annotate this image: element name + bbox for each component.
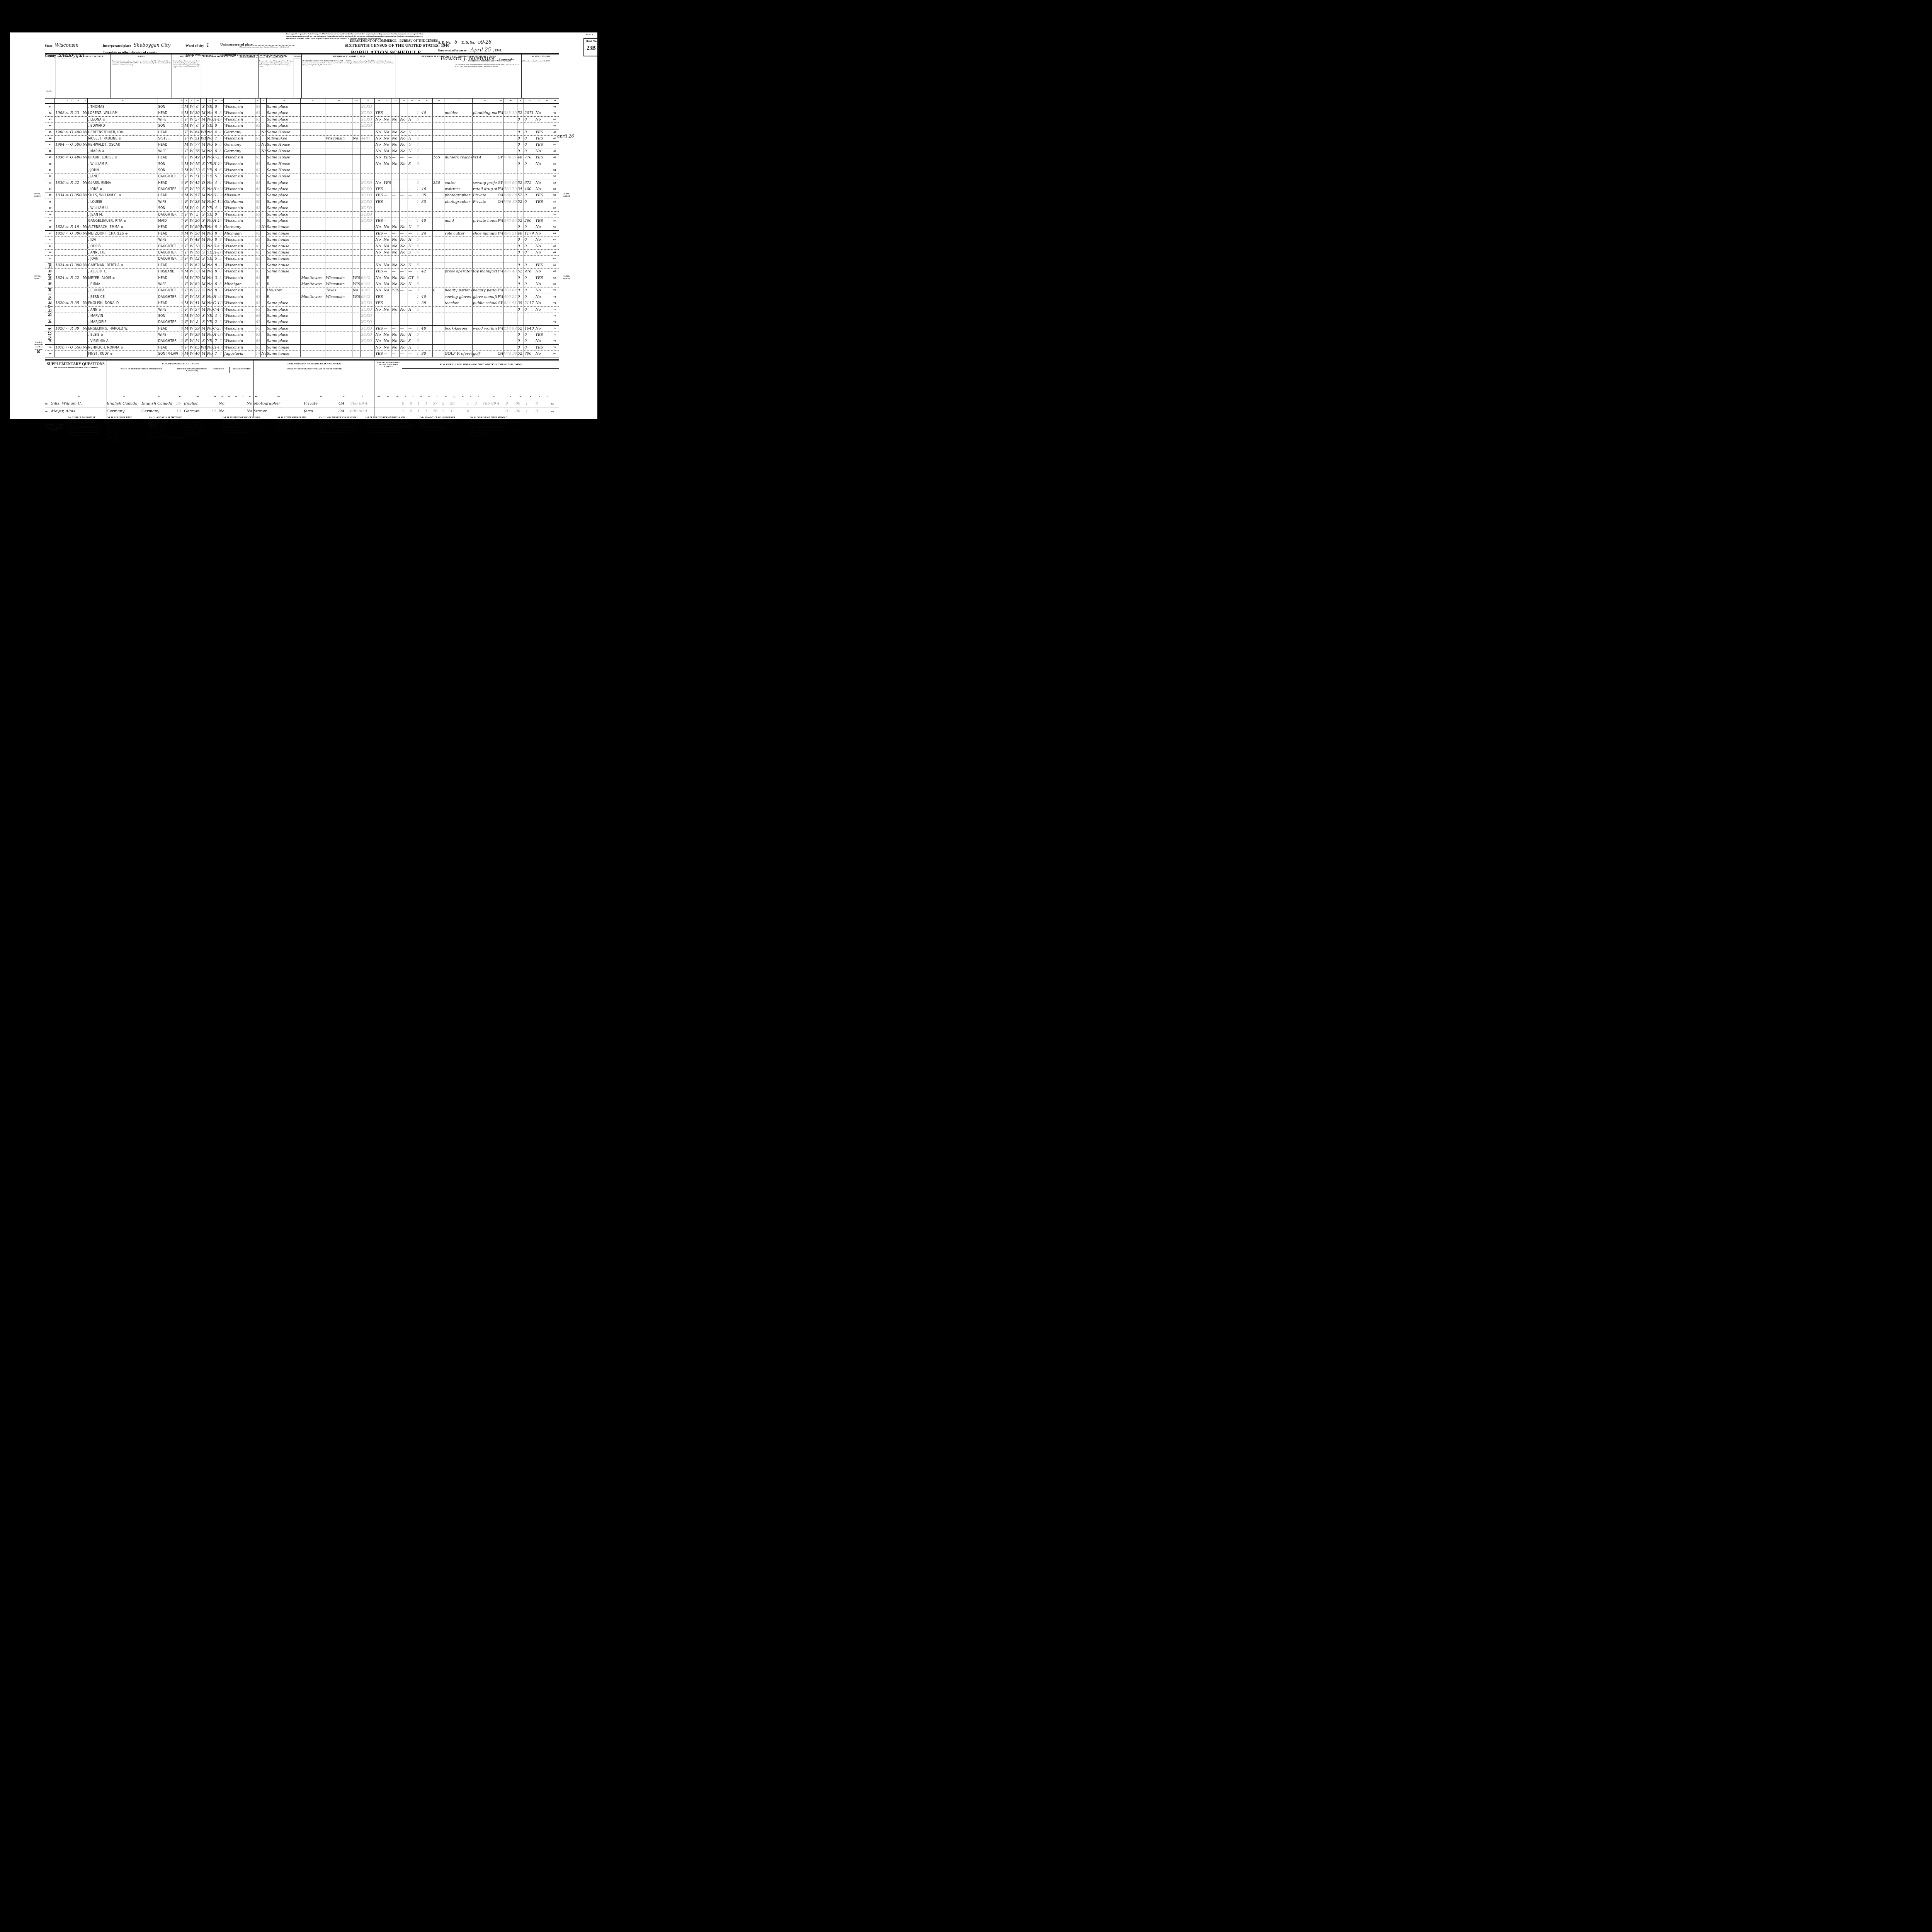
cell-d: XOXO — [360, 319, 374, 325]
cell-ms: M — [200, 262, 206, 268]
cell-b: 6 — [219, 148, 223, 154]
unincorporated-field: Unincorporated place (Name of unincorpor… — [220, 43, 295, 48]
note-col16: Col. 16. CITIZENSHIP OF THE FOREIGN BORN… — [277, 417, 315, 432]
table-row: 43, LEONA ⊗WIFE1FW27MNoH-19Wisconsin63Sa… — [45, 117, 559, 123]
cell-race: W — [189, 186, 194, 192]
cell-tenure — [69, 307, 73, 313]
cell-code — [503, 205, 517, 211]
cell-rel: DAUGHTER — [158, 256, 180, 262]
cell-res: Same place — [266, 123, 301, 129]
cell-house — [54, 256, 65, 262]
supp-column-number: 46 — [304, 394, 338, 400]
cell-visit — [65, 256, 69, 262]
cell-house — [54, 199, 65, 205]
cell-w23: — — [391, 186, 399, 192]
cell-d: XOXO — [360, 180, 374, 186]
cell-w23: No — [391, 338, 399, 344]
cell-a: 0 — [180, 275, 184, 281]
cell-wks: 0 — [517, 148, 524, 154]
cell-code — [503, 104, 517, 110]
supplementary-questions: SUPPLEMENTARY QUESTIONS For Persons Enum… — [45, 359, 559, 417]
column-number: 29 — [497, 99, 503, 103]
cell-unemp — [432, 224, 444, 230]
cell-c: 12 — [255, 142, 260, 148]
cell-w23: No — [391, 136, 399, 141]
cell-w21 — [374, 104, 383, 110]
cell-tenure — [69, 287, 73, 293]
cell-other: YES — [535, 155, 543, 160]
cell-wks: 0 — [517, 142, 524, 148]
table-row: 661824526O3000NoGARTMAN, BERTHA ⊗HEAD1FW… — [45, 262, 559, 269]
cell-w23: — — [391, 155, 399, 160]
cell-name: , MARIA ⊗ — [87, 148, 157, 154]
table-row: 41, THOMASSON2MW6SYES0Wisconsin63Same pl… — [45, 104, 559, 110]
cell-birth: Wisconsin — [223, 256, 255, 262]
cell-ind — [472, 237, 497, 243]
note-col41: Col. 41. WAR OR MILITARY SERVICE:World W… — [470, 417, 524, 437]
cell-rel: HEAD — [158, 142, 180, 148]
cell-cls — [497, 142, 503, 148]
cell-county — [300, 332, 325, 338]
cell-e: 1 — [416, 269, 420, 274]
cell-unemp — [432, 136, 444, 141]
cell-w21 — [374, 313, 383, 319]
cell-unemp — [432, 237, 444, 243]
supp-cell-lang: English — [184, 400, 211, 407]
cell-d: XOXO — [360, 117, 374, 122]
cell-visit — [65, 294, 69, 300]
line-number: 77 — [550, 332, 559, 338]
cell-c: 63 — [255, 155, 260, 160]
cell-st — [325, 300, 352, 306]
cell-ind — [472, 275, 497, 281]
cell-county — [300, 117, 325, 122]
cell-d: XOXO — [360, 338, 374, 344]
cell-ff — [543, 307, 550, 313]
cell-c: 63 — [255, 332, 260, 338]
cell-wks: 0 — [517, 281, 524, 287]
cell-st — [325, 250, 352, 255]
cell-st — [325, 117, 352, 122]
cell-rel: WIFE — [158, 117, 180, 122]
cell-name: , IDA — [87, 237, 157, 243]
cell-e — [416, 205, 420, 211]
cell-farm — [82, 250, 87, 255]
cell-wks: 52 — [517, 218, 524, 224]
cell-hrs — [421, 142, 432, 148]
cell-occ — [444, 136, 472, 141]
cell-other: YES — [535, 275, 543, 281]
cell-sch: No — [206, 148, 213, 154]
supp-column-number: M — [417, 394, 425, 400]
cell-a: 2 — [180, 243, 184, 249]
cell-farm35 — [352, 205, 360, 211]
cell-grade: C-4 — [213, 307, 219, 313]
cell-grade: H-4 — [213, 332, 219, 338]
table-row: 451908519O4000NoHERTENSTEINER, IDAHEADFW… — [45, 129, 559, 136]
cell-hrs — [421, 148, 432, 154]
cell-st: Wisconsin — [325, 136, 352, 141]
cell-st — [325, 129, 352, 135]
note-col10: Col. 10. COLOR OR RACE:White — WNegro — … — [107, 417, 145, 442]
cell-name: , BERNICE — [87, 294, 157, 300]
line-number: 42 — [550, 110, 559, 116]
cell-sch: No — [206, 155, 213, 160]
cell-wks — [517, 319, 524, 325]
cell-w21: No — [374, 338, 383, 344]
table-row: 611828525O3000NoMETZDORF, CHARLES ⊗HEAD0… — [45, 231, 559, 237]
cell-w22: No — [383, 338, 391, 344]
cell-cls: PW — [497, 326, 503, 332]
cell-res: R — [266, 294, 301, 300]
cell-c: 63 — [255, 117, 260, 122]
cell-res: Same place — [266, 319, 301, 325]
cell-ms: S — [200, 173, 206, 179]
cell-county — [300, 313, 325, 319]
cell-age: 64 — [194, 129, 200, 135]
cell-value: 35 — [74, 300, 82, 306]
cell-sex: F — [184, 250, 188, 255]
cell-value — [74, 294, 82, 300]
cell-tenure — [69, 351, 73, 357]
cell-age: 73 — [194, 269, 200, 274]
cell-w25: H — [408, 243, 416, 249]
cell-age: 62 — [194, 262, 200, 268]
column-number: 14 — [219, 99, 224, 103]
supp-cell-k: 1 — [402, 408, 410, 415]
cell-ff — [543, 269, 550, 274]
cell-e — [416, 167, 420, 173]
cell-c: 63 — [255, 256, 260, 262]
cell-grade: H-4 — [213, 186, 219, 192]
cell-w22 — [383, 123, 391, 129]
line-number: 56 — [550, 199, 559, 205]
cell-w24: — — [399, 180, 407, 186]
cell-ff — [543, 300, 550, 306]
cell-other: YES — [535, 192, 543, 198]
cell-b: 3 — [219, 275, 223, 281]
cell-cls — [497, 117, 503, 122]
continued-check-note: Check if household cont'd on next page☒ — [33, 342, 44, 353]
cell-d: XOXO — [360, 300, 374, 306]
cell-c: 63 — [255, 123, 260, 129]
cell-unemp — [432, 173, 444, 179]
cell-cit — [260, 281, 266, 287]
cell-a: 2 — [180, 104, 184, 110]
cell-w23: — — [391, 180, 399, 186]
cell-code — [503, 148, 517, 154]
supp-cell-father: English Canada — [107, 400, 141, 407]
supp-cell-father: Germany — [107, 408, 141, 415]
cell-cit — [260, 300, 266, 306]
cell-st — [325, 345, 352, 350]
cell-age: 77 — [194, 142, 200, 148]
cell-w24: — — [399, 231, 407, 236]
cell-sch: YES — [206, 167, 213, 173]
cell-a: 0 — [180, 326, 184, 332]
table-row: 69, EMMAWIFE1FW62MNo66Michigan62RManitow… — [45, 281, 559, 287]
cell-name: NEHRLICH, NORMA ⊗ — [87, 345, 157, 350]
cell-age: 48 — [194, 237, 200, 243]
line-number: 80 — [45, 351, 54, 357]
ward-value: 1 — [205, 43, 216, 48]
cell-county — [300, 237, 325, 243]
cell-c: 62 — [255, 231, 260, 236]
cell-a: 0 — [180, 300, 184, 306]
cell-e: 1 — [416, 231, 420, 236]
cell-grade: C-2 — [213, 155, 219, 160]
cell-cls — [497, 129, 503, 135]
cell-wage — [524, 123, 534, 129]
cell-wks — [517, 123, 524, 129]
cell-rel: SON IN-LAW — [158, 351, 180, 357]
cell-d: XOXO — [360, 186, 374, 192]
supp-cell-cls: OA — [338, 408, 350, 415]
cell-visit — [65, 212, 69, 218]
cell-e: 1 — [416, 110, 420, 116]
cell-occ — [444, 345, 472, 350]
cell-w24: No — [399, 281, 407, 287]
cell-sex: M — [184, 192, 188, 198]
cell-farm35 — [352, 218, 360, 224]
cell-cls — [497, 338, 503, 344]
cell-w25 — [408, 104, 416, 110]
cell-unemp — [432, 332, 444, 338]
cell-w23 — [391, 205, 399, 211]
cell-ff — [543, 117, 550, 122]
cell-wks: 34 — [517, 186, 524, 192]
line-number: 50 — [550, 161, 559, 167]
cell-sex: F — [184, 281, 188, 287]
cell-race: W — [189, 142, 194, 148]
population-table: Line No. LOCATION HOUSEHOLD DATA NAMENam… — [45, 53, 559, 357]
cell-w22 — [383, 212, 391, 218]
cell-ind — [472, 281, 497, 287]
cell-w23: — — [391, 269, 399, 274]
cell-occ: book-keeper — [444, 326, 472, 332]
cell-a — [180, 129, 184, 135]
supp-cell-x: 1 — [526, 400, 536, 407]
cell-ms: M — [200, 300, 206, 306]
cell-res: Same house — [266, 224, 301, 230]
supp-cell-h: 12 — [211, 408, 219, 415]
cell-hrs: 40 — [421, 326, 432, 332]
cell-name: , ALBERT C. — [87, 269, 157, 274]
cell-cit — [260, 262, 266, 268]
cell-e: 6 — [416, 250, 420, 255]
cell-c: 63 — [255, 262, 260, 268]
cell-hrs — [421, 136, 432, 141]
cell-hrs: 35 — [421, 192, 432, 198]
cell-rel: DAUGHTER — [158, 250, 180, 255]
table-row: 51, JOHNSON2MW13SYES66Wisconsin63Same Ho… — [45, 167, 559, 173]
cell-cls: OA — [497, 199, 503, 205]
cell-hrs — [421, 332, 432, 338]
cell-w21: YES — [374, 351, 383, 357]
cell-e — [416, 173, 420, 179]
cell-sch: No — [206, 326, 213, 332]
cell-value: 3000 — [74, 262, 82, 268]
cell-visit — [65, 199, 69, 205]
supp-cell-name: Sills, William C. — [51, 400, 107, 407]
cell-w21: No — [374, 155, 383, 160]
cell-c: 63 — [255, 338, 260, 344]
cell-rel: HEAD — [158, 180, 180, 186]
cell-grade: H-4 — [213, 345, 219, 350]
cell-w25: — — [408, 155, 416, 160]
cell-res: Same place — [266, 307, 301, 313]
cell-d: XOXO — [360, 212, 374, 218]
cell-name: GANGELBAUER, RITA ⊗ — [87, 218, 157, 224]
cell-other — [535, 167, 543, 173]
cell-sex: F — [184, 186, 188, 192]
cell-w21 — [374, 123, 383, 129]
cell-c: 63 — [255, 313, 260, 319]
cell-rel: MAID — [158, 218, 180, 224]
cell-grade: 4 — [213, 313, 219, 319]
cell-grade: 6 — [213, 281, 219, 287]
cell-county — [300, 123, 325, 129]
cell-visit — [65, 117, 69, 122]
cell-race: W — [189, 307, 194, 313]
cell-county — [300, 231, 325, 236]
cell-farm35 — [352, 117, 360, 122]
cell-race: W — [189, 218, 194, 224]
cell-a: 1 — [180, 199, 184, 205]
cell-rel: SON — [158, 123, 180, 129]
supp-column-number: 39 — [219, 394, 226, 400]
table-row: 62, IDAWIFE1FW48MNo88Wisconsin63Same hou… — [45, 237, 559, 243]
cell-res: Same house — [266, 243, 301, 249]
cell-visit — [65, 307, 69, 313]
supp-column-number: Z — [543, 394, 551, 400]
cell-w23: No — [391, 250, 399, 255]
cell-a: 2 — [180, 167, 184, 173]
table-body: 41, THOMASSON2MW6SYES0Wisconsin63Same pl… — [45, 104, 559, 357]
cell-race: W — [189, 256, 194, 262]
cell-d — [360, 148, 374, 154]
cell-code — [503, 129, 517, 135]
cell-unemp: 8 — [432, 287, 444, 293]
supp-column-number: P — [442, 394, 450, 400]
suppl-quest-marker-55: SUPPL. QUEST. — [32, 193, 43, 198]
cell-w25 — [408, 313, 416, 319]
cell-ms: M — [200, 351, 206, 357]
cell-b: 4 — [219, 129, 223, 135]
line-number: 75 — [550, 319, 559, 325]
table-row: 52, JANETDAUGHTER2FW11SYES55Wisconsin63S… — [45, 173, 559, 180]
cell-w24: — — [399, 351, 407, 357]
cell-w24: No — [399, 338, 407, 344]
cell-unemp — [432, 110, 444, 116]
cell-cls — [497, 148, 503, 154]
cell-w22: — — [383, 186, 391, 192]
cell-code: 780 70 1 — [503, 186, 517, 192]
cell-st — [325, 104, 352, 110]
table-row: 64, ANNETTEDAUGHTER2FW16SYESH-210Wiscons… — [45, 250, 559, 256]
cell-sch: No — [206, 218, 213, 224]
cell-occ: nursery teacher — [444, 155, 472, 160]
cell-house — [54, 218, 65, 224]
cell-hrs: 42 — [421, 269, 432, 274]
cell-hrs — [421, 281, 432, 287]
cell-cit — [260, 256, 266, 262]
cell-tenure — [69, 123, 73, 129]
cell-res: Same place — [266, 313, 301, 319]
cell-other: No — [535, 231, 543, 236]
cell-res: R — [266, 275, 301, 281]
cell-unemp — [432, 338, 444, 344]
cell-tenure — [69, 136, 73, 141]
cell-ind: retail drug store — [472, 186, 497, 192]
cell-cls: OA — [497, 351, 503, 357]
cell-w25: — — [408, 294, 416, 300]
cell-farm — [82, 243, 87, 249]
cell-county — [300, 319, 325, 325]
cell-ms: S — [200, 319, 206, 325]
cell-hrs — [421, 338, 432, 344]
cell-b: 8 — [219, 262, 223, 268]
cell-st — [325, 155, 352, 160]
cell-birth: Germany — [223, 148, 255, 154]
cell-wks: 52 — [517, 180, 524, 186]
cell-race: W — [189, 148, 194, 154]
cell-ms: S — [200, 287, 206, 293]
cell-ff — [543, 155, 550, 160]
cell-wage: 0 — [524, 148, 534, 154]
cell-birth: Michigan — [223, 281, 255, 287]
cell-farm — [82, 117, 87, 122]
cell-c: 63 — [255, 237, 260, 243]
supp-column-number — [551, 394, 559, 400]
cell-farm — [82, 205, 87, 211]
cell-w22: No — [383, 243, 391, 249]
cell-visit: 519 — [65, 129, 69, 135]
cell-b: 5 — [219, 256, 223, 262]
form-number: 16-282 A — [586, 34, 593, 36]
cell-other: YES — [535, 262, 543, 268]
cell-grade: 8 — [213, 237, 219, 243]
cell-e: 1 — [416, 192, 420, 198]
column-number: 30 — [503, 99, 517, 103]
note-item: Other races, spell out in full. — [107, 439, 145, 442]
cell-visit: 529 — [65, 326, 69, 332]
cell-ms: WD — [200, 129, 206, 135]
cell-sch: YES — [206, 161, 213, 167]
cell-name: , JOAN — [87, 256, 157, 262]
supp-column-number — [45, 394, 51, 400]
cell-cit — [260, 287, 266, 293]
cell-ind — [472, 224, 497, 230]
cell-w22: No — [383, 287, 391, 293]
cell-farm — [82, 186, 87, 192]
cell-wage: 0 — [524, 237, 534, 243]
cell-c: 63 — [255, 161, 260, 167]
cell-sch: No — [206, 199, 213, 205]
checkbox-icon[interactable]: ☒ — [33, 351, 44, 353]
cell-occ — [444, 262, 472, 268]
cell-birth: Wisconsin — [223, 300, 255, 306]
cell-ms: M — [200, 237, 206, 243]
cell-sch: YES — [206, 104, 213, 110]
cell-other — [535, 256, 543, 262]
supp-cell-lang: German — [184, 408, 211, 415]
cell-sex: M — [184, 269, 188, 274]
cell-hrs — [421, 345, 432, 350]
cell-unemp — [432, 351, 444, 357]
line-number: 46 — [45, 136, 54, 141]
cell-farm: No — [82, 275, 87, 281]
